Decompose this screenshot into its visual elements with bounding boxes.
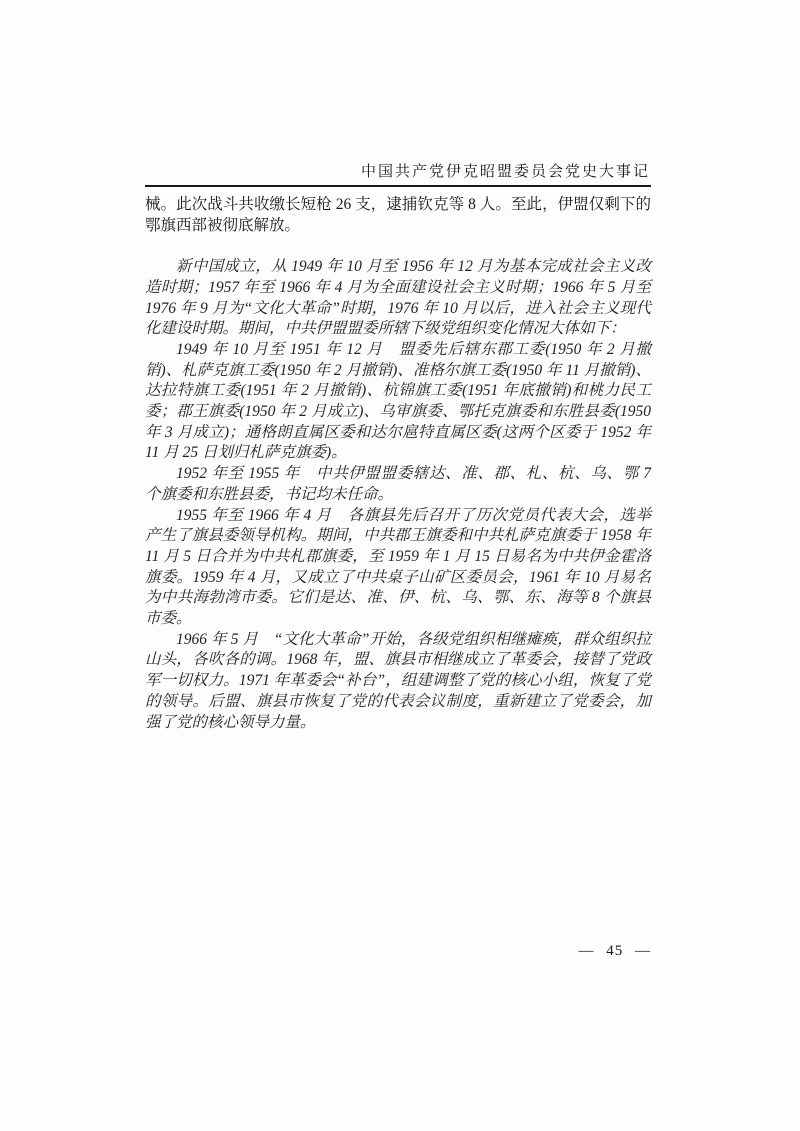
running-header: 中国共产党伊克昭盟委员会党史大事记	[145, 160, 651, 187]
header-rule-divider	[145, 185, 651, 187]
body-text-block: 械。此次战斗共收缴长短枪 26 支，逮捕钦克等 8 人。至此，伊盟仅剩下的鄂旗西…	[145, 195, 651, 733]
running-header-title: 中国共产党伊克昭盟委员会党史大事记	[145, 160, 651, 181]
paragraph-1966-cultural-revolution: 1966 年 5 月 “文化大革命”开始，各级党组织相继瘫痪，群众组织拉山头，各…	[145, 630, 651, 734]
paragraph-1949-1951: 1949 年 10 月至 1951 年 12 月 盟委先后辖东郡工委(1950 …	[145, 340, 651, 464]
page-number: — 45 —	[579, 943, 652, 959]
scanned-book-page: 中国共产党伊克昭盟委员会党史大事记 械。此次战斗共收缴长短枪 26 支，逮捕钦克…	[0, 0, 800, 1131]
paragraph-continuation: 械。此次战斗共收缴长短枪 26 支，逮捕钦克等 8 人。至此，伊盟仅剩下的鄂旗西…	[145, 195, 651, 236]
paragraph-overview: 新中国成立，从 1949 年 10 月至 1956 年 12 月为基本完成社会主…	[145, 257, 651, 340]
page-footer: — 45 —	[145, 943, 653, 960]
paragraph-1955-1966: 1955 年至 1966 年 4 月 各旗县先后召开了历次党员代表大会，选举产生…	[145, 506, 651, 630]
paragraph-1952-1955: 1952 年至 1955 年 中共伊盟盟委辖达、准、郡、札、杭、乌、鄂 7 个旗…	[145, 464, 651, 505]
